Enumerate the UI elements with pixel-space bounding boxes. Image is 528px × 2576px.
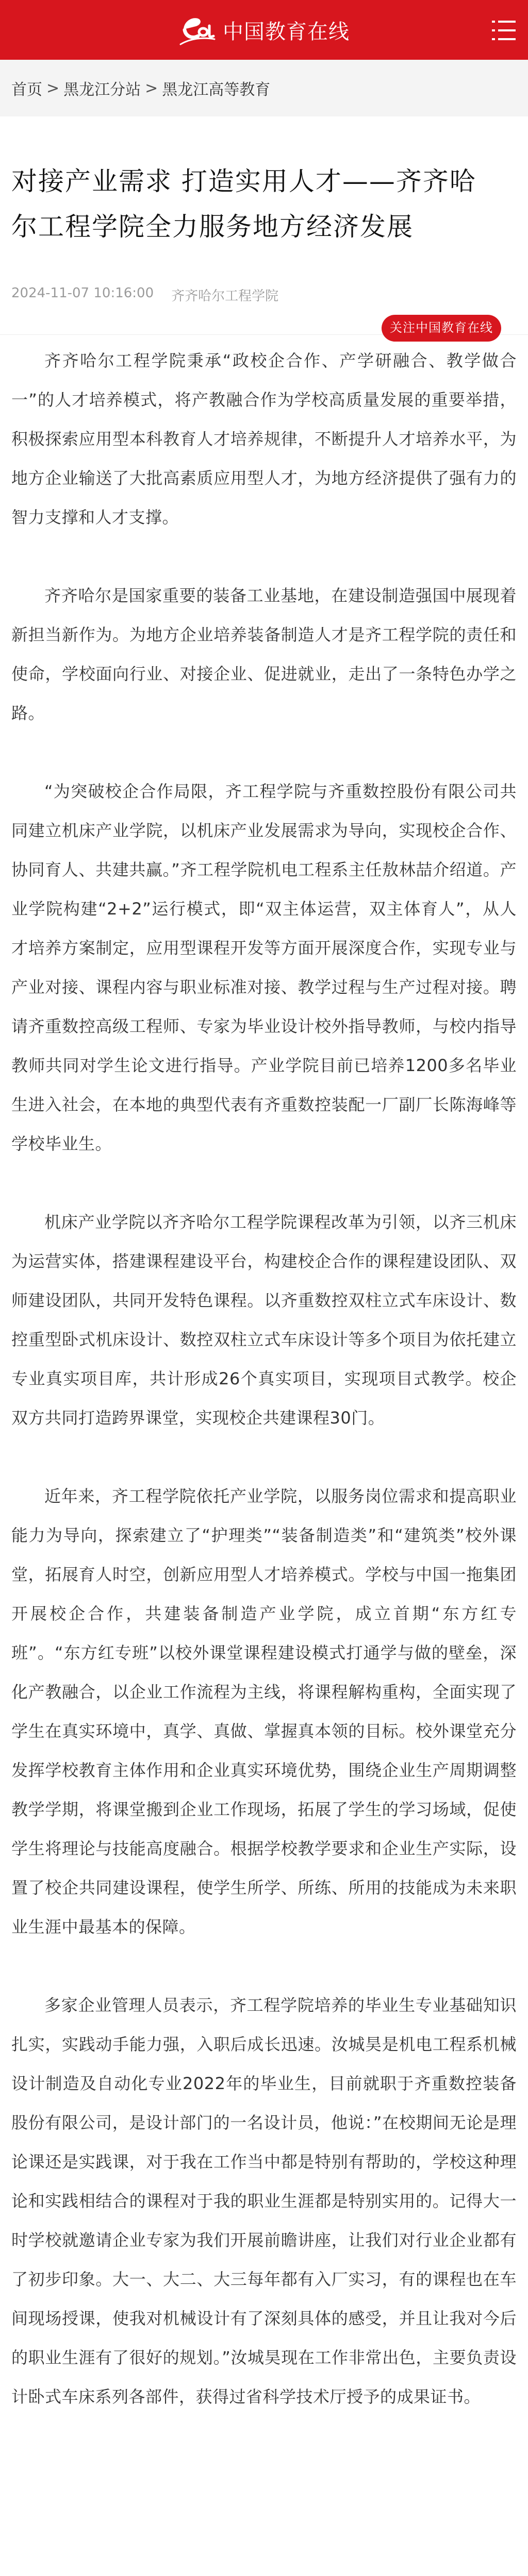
paragraph: 机床产业学院以齐齐哈尔工程学院课程改革为引领，以齐三机床为运营实体，搭建课程建设… <box>11 1202 517 1437</box>
menu-button[interactable] <box>492 18 516 43</box>
breadcrumb-separator: > <box>46 79 59 97</box>
eol-logo-icon <box>178 12 216 47</box>
article-body: 齐齐哈尔工程学院秉承“政校企合作、产学研融合、教学做合一”的人才培养模式，将产教… <box>0 335 528 2478</box>
breadcrumb-heilongjiang[interactable]: 黑龙江分站 <box>63 77 141 99</box>
article-header: 对接产业需求 打造实用人才——齐齐哈尔工程学院全力服务地方经济发展 2024-1… <box>0 116 528 342</box>
paragraph: 多家企业管理人员表示，齐工程学院培养的毕业生专业基础知识扎实，实践动手能力强，入… <box>11 1986 517 2416</box>
breadcrumb-higher-education[interactable]: 黑龙江高等教育 <box>162 77 270 99</box>
brand[interactable]: 中国教育在线 <box>178 12 350 47</box>
paragraph: “为突破校企合作局限，齐工程学院与齐重数控股份有限公司共同建立机床产业学院，以机… <box>11 772 517 1163</box>
article-title: 对接产业需求 打造实用人才——齐齐哈尔工程学院全力服务地方经济发展 <box>11 159 517 249</box>
breadcrumb-home[interactable]: 首页 <box>11 77 42 99</box>
follow-button[interactable]: 关注中国教育在线 <box>382 315 501 342</box>
paragraph: 齐齐哈尔工程学院秉承“政校企合作、产学研融合、教学做合一”的人才培养模式，将产教… <box>11 341 517 537</box>
top-bar: 中国教育在线 <box>0 0 528 60</box>
paragraph: 齐齐哈尔是国家重要的装备工业基地，在建设制造强国中展现着新担当新作为。为地方企业… <box>11 576 517 733</box>
menu-list-icon <box>492 21 516 23</box>
breadcrumb: 首页 > 黑龙江分站 > 黑龙江高等教育 <box>0 60 528 116</box>
article-source: 齐齐哈尔工程学院 <box>171 285 278 304</box>
publish-date: 2024-11-07 10:16:00 <box>11 285 154 304</box>
breadcrumb-separator: > <box>145 79 158 97</box>
paragraph: 近年来，齐工程学院依托产业学院，以服务岗位需求和提高职业能力为导向，探索建立了“… <box>11 1477 517 1946</box>
article-meta: 2024-11-07 10:16:00 齐齐哈尔工程学院 <box>11 285 517 304</box>
brand-name: 中国教育在线 <box>223 15 350 45</box>
